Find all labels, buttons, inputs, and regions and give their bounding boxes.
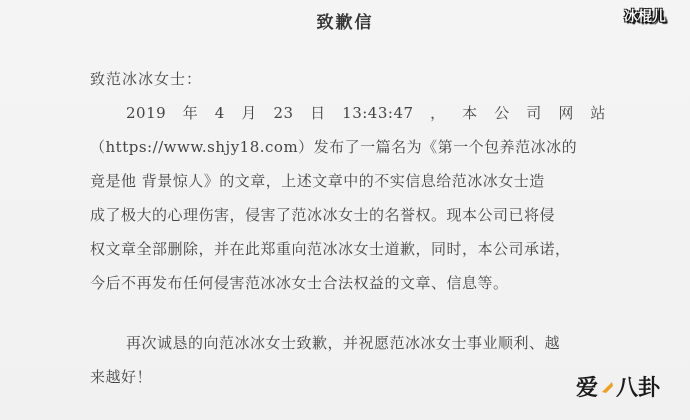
text-line: 今后不再发布任何侵害范冰冰女士合法权益的文章、信息等。 <box>90 266 620 300</box>
date-char: 本 <box>462 96 478 130</box>
text-line: 再次诚恳的向范冰冰女士致歉，并祝愿范冰冰女士事业顺利、越 <box>90 326 620 360</box>
date-day: 23 <box>273 96 293 130</box>
text-line: （https://www.shjy18.com）发布了一篇名为《第一个包养范冰冰… <box>90 130 620 164</box>
date-char: 日 <box>310 96 326 130</box>
megaphone-icon <box>600 380 614 394</box>
salutation: 致范冰冰女士： <box>90 68 202 89</box>
date-line: 2019 年 4 月 23 日 13:43:47 ， 本 公 司 网 站 <box>90 96 620 130</box>
date-char: 年 <box>183 96 199 130</box>
logo-text-2: 八卦 <box>616 371 660 402</box>
date-char: 司 <box>526 96 542 130</box>
paragraph-2: 再次诚恳的向范冰冰女士致歉，并祝愿范冰冰女士事业顺利、越 来越好！ <box>90 326 620 394</box>
text-line: 来越好！ <box>90 360 620 394</box>
text-line: 权文章全部删除，并在此郑重向范冰冰女士道歉，同时，本公司承诺， <box>90 232 620 266</box>
logo-text-1: 爱 <box>576 371 598 402</box>
letter-page: 致歉信 冰棍儿 致范冰冰女士： 2019 年 4 月 23 日 13:43:47… <box>0 0 690 420</box>
date-year: 2019 <box>126 96 166 130</box>
paragraph-1: 2019 年 4 月 23 日 13:43:47 ， 本 公 司 网 站 （ht… <box>90 96 620 300</box>
date-char: 公 <box>494 96 510 130</box>
text-line: 竟是他 背景惊人》的文章，上述文章中的不实信息给范冰冰女士造 <box>90 164 620 198</box>
date-char: 网 <box>558 96 574 130</box>
date-char: 站 <box>590 96 606 130</box>
date-char: ， <box>430 96 446 130</box>
site-logo: 爱 八卦 <box>576 371 660 402</box>
date-time: 13:43:47 <box>342 96 413 130</box>
letter-title: 致歉信 <box>0 8 690 33</box>
watermark-text: 冰棍儿 <box>624 6 666 26</box>
date-month: 4 <box>215 96 225 130</box>
date-char: 月 <box>241 96 257 130</box>
text-line: 成了极大的心理伤害，侵害了范冰冰女士的名誉权。现本公司已将侵 <box>90 198 620 232</box>
